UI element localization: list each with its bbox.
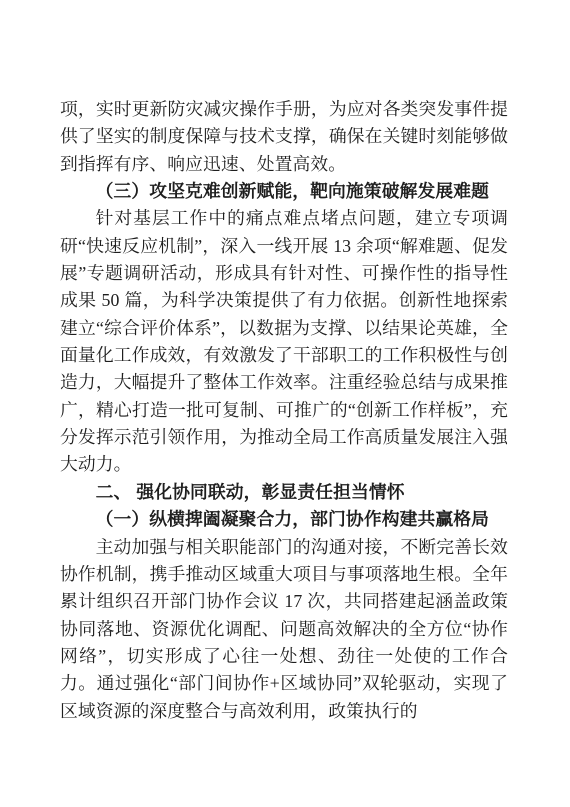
paragraph-body: 针对基层工作中的痛点难点堵点问题，建立专项调研“快速反应机制”，深入一线开展 1… — [60, 205, 508, 478]
paragraph-body: 主动加强与相关职能部门的沟通对接，不断完善长效协作机制，携手推动区域重大项目与事… — [60, 534, 508, 725]
document-text-block: 项，实时更新防灾减灾操作手册，为应对各类突发事件提供了坚实的制度保障与技术支撑，… — [60, 96, 508, 725]
document-page: 项，实时更新防灾减灾操作手册，为应对各类突发事件提供了坚实的制度保障与技术支撑，… — [0, 0, 570, 807]
heading-section-2: 二、 强化协同联动，彰显责任担当情怀 — [60, 479, 508, 506]
heading-subsection-3: （三）攻坚克难创新赋能，靶向施策破解发展难题 — [60, 178, 508, 205]
heading-subsection-1: （一）纵横捭阖凝聚合力，部门协作构建共赢格局 — [60, 506, 508, 533]
paragraph-continued-from-previous-page: 项，实时更新防灾减灾操作手册，为应对各类突发事件提供了坚实的制度保障与技术支撑，… — [60, 96, 508, 178]
